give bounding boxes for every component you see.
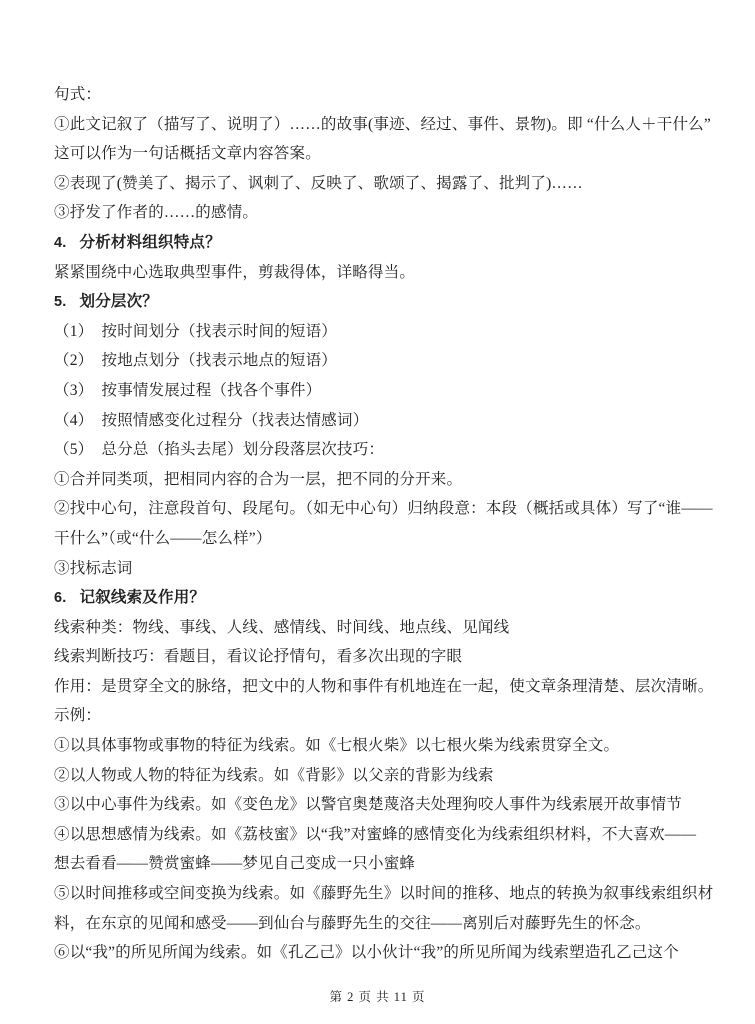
text-line: ①以具体事物或事物的特征为线索。如《七根火柴》以七根火柴为线索贯穿全文。 [54,731,714,761]
text-line: ①合并同类项，把相同内容的合为一层，把不同的分开来。 [54,465,714,495]
text-line: （4） 按照情感变化过程分（找表达情感词） [54,406,714,436]
section-heading: 5.划分层次？ [54,287,714,317]
text-line: ⑥以“我”的所见所闻为线索。如《孔乙己》以小伙计“我”的所见所闻为线索塑造孔乙己… [54,938,714,968]
text-line: 句式： [54,80,714,110]
text-line: ⑤以时间推移或空间变换为线索。如《藤野先生》以时间的推移、地点的转换为叙事线索组… [54,879,714,909]
text-line: ②以人物或人物的特征为线索。如《背影》以父亲的背影为线索 [54,761,714,791]
text-line: （3） 按事情发展过程（找各个事件） [54,376,714,406]
text-line: ②表现了(赞美了、揭示了、讽刺了、反映了、歌颂了、揭露了、批判了)…… [54,169,714,199]
heading-text: 记叙线索及作用？ [80,589,206,606]
text-line: 干什么”（或“什么——怎么样”） [54,524,714,554]
text-line: 紧紧围绕中心选取典型事件，剪裁得体，详略得当。 [54,258,714,288]
text-line: 这可以作为一句话概括文章内容答案。 [54,139,714,169]
heading-number: 5. [54,294,67,310]
text-line: 料，在东京的见闻和感受——到仙台与藤野先生的交往——离别后对藤野先生的怀念。 [54,909,714,939]
section-heading: 6.记叙线索及作用？ [54,583,714,613]
section-heading: 4.分析材料组织特点？ [54,228,714,258]
text-line: 作用：是贯穿全文的脉络，把文中的人物和事件有机地连在一起，使文章条理清楚、层次清… [54,672,714,702]
heading-text: 划分层次？ [80,293,159,310]
text-line: ④以思想感情为线索。如《荔枝蜜》以“我”对蜜蜂的感情变化为线索组织材料，不大喜欢… [54,820,714,850]
document-page: 句式：①此文记叙了（描写了、说明了）……的故事(事迹、经过、事件、景物)。即 “… [0,0,755,1024]
text-line: （2） 按地点划分（找表示地点的短语） [54,346,714,376]
text-line: ①此文记叙了（描写了、说明了）……的故事(事迹、经过、事件、景物)。即 “什么人… [54,110,714,140]
page-footer: 第 2 页 共 11 页 [0,987,755,1007]
heading-text: 分析材料组织特点？ [80,234,221,251]
document-body: 句式：①此文记叙了（描写了、说明了）……的故事(事迹、经过、事件、景物)。即 “… [54,80,714,968]
heading-number: 4. [54,235,67,251]
text-line: ③找标志词 [54,554,714,584]
text-line: 线索判断技巧：看题目，看议论抒情句，看多次出现的字眼 [54,642,714,672]
text-line: （5） 总分总（掐头去尾）划分段落层次技巧： [54,435,714,465]
text-line: 线索种类：物线、事线、人线、感情线、时间线、地点线、见闻线 [54,613,714,643]
text-line: （1） 按时间划分（找表示时间的短语） [54,317,714,347]
text-line: ③抒发了作者的……的感情。 [54,198,714,228]
heading-number: 6. [54,590,67,606]
text-line: 想去看看——赞赏蜜蜂——梦见自己变成一只小蜜蜂 [54,849,714,879]
text-line: 示例： [54,701,714,731]
text-line: ②找中心句，注意段首句、段尾句。（如无中心句）归纳段意：本段（概括或具体）写了“… [54,494,714,524]
text-line: ③以中心事件为线索。如《变色龙》以警官奥楚蔑洛夫处理狗咬人事件为线索展开故事情节 [54,790,714,820]
